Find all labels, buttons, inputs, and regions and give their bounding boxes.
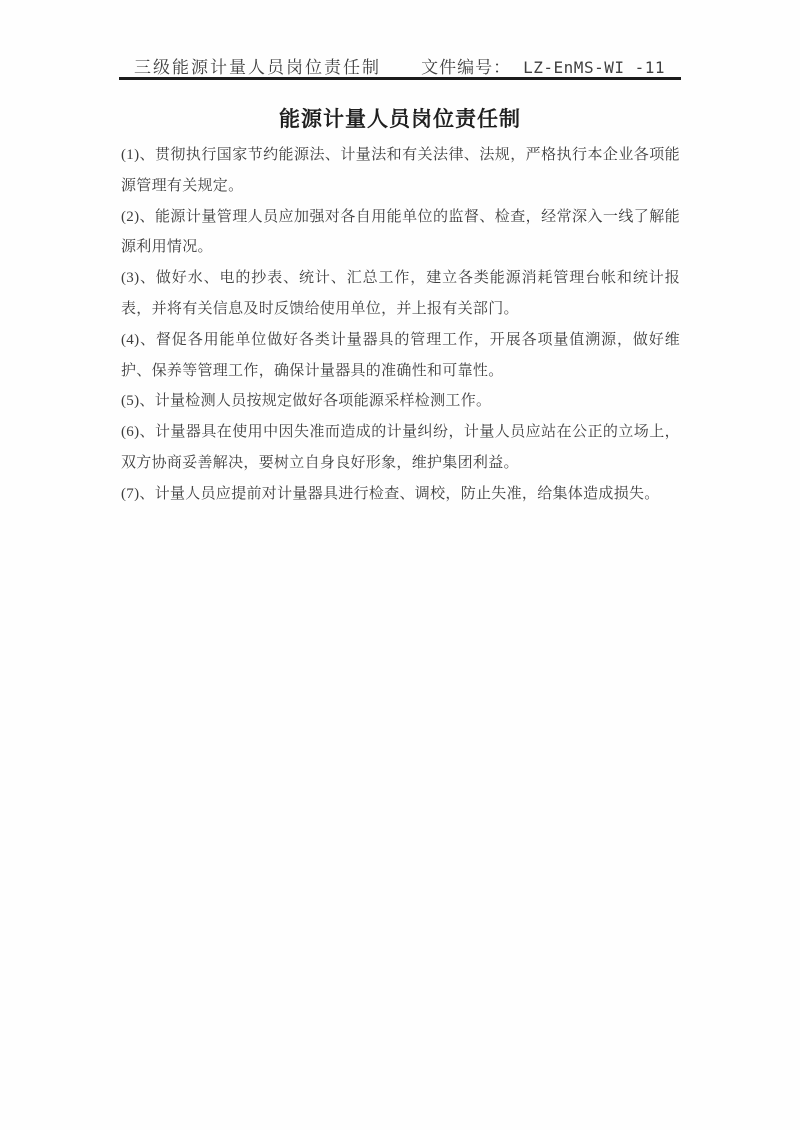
doc-number-label: 文件编号： xyxy=(421,58,511,77)
paragraph-6: (6)、计量器具在使用中因失准而造成的计量纠纷，计量人员应站在公正的立场上，双方… xyxy=(121,417,680,479)
paragraph-7: (7)、计量人员应提前对计量器具进行检查、调校，防止失准，给集体造成损失。 xyxy=(121,479,680,510)
paragraph-1: (1)、贯彻执行国家节约能源法、计量法和有关法律、法规，严格执行本企业各项能源管… xyxy=(121,140,680,202)
header-divider xyxy=(119,77,681,80)
paragraph-4: (4)、督促各用能单位做好各类计量器具的管理工作，开展各项量值溯源，做好维护、保… xyxy=(121,325,680,387)
paragraph-3: (3)、做好水、电的抄表、统计、汇总工作，建立各类能源消耗管理台帐和统计报表，并… xyxy=(121,263,680,325)
header-doc-number: 文件编号：LZ-EnMS-WI -11 xyxy=(421,53,681,78)
doc-number-value: LZ-EnMS-WI -11 xyxy=(523,58,665,77)
header-document-title: 三级能源计量人员岗位责任制 xyxy=(120,53,381,78)
page-title: 能源计量人员岗位责任制 xyxy=(0,103,800,133)
document-page: 三级能源计量人员岗位责任制 文件编号：LZ-EnMS-WI -11 能源计量人员… xyxy=(0,0,800,1130)
paragraph-5: (5)、计量检测人员按规定做好各项能源采样检测工作。 xyxy=(121,386,680,417)
paragraph-2: (2)、能源计量管理人员应加强对各自用能单位的监督、检查，经常深入一线了解能源利… xyxy=(121,202,680,264)
document-header: 三级能源计量人员岗位责任制 文件编号：LZ-EnMS-WI -11 xyxy=(120,53,681,78)
document-body: (1)、贯彻执行国家节约能源法、计量法和有关法律、法规，严格执行本企业各项能源管… xyxy=(121,140,680,510)
